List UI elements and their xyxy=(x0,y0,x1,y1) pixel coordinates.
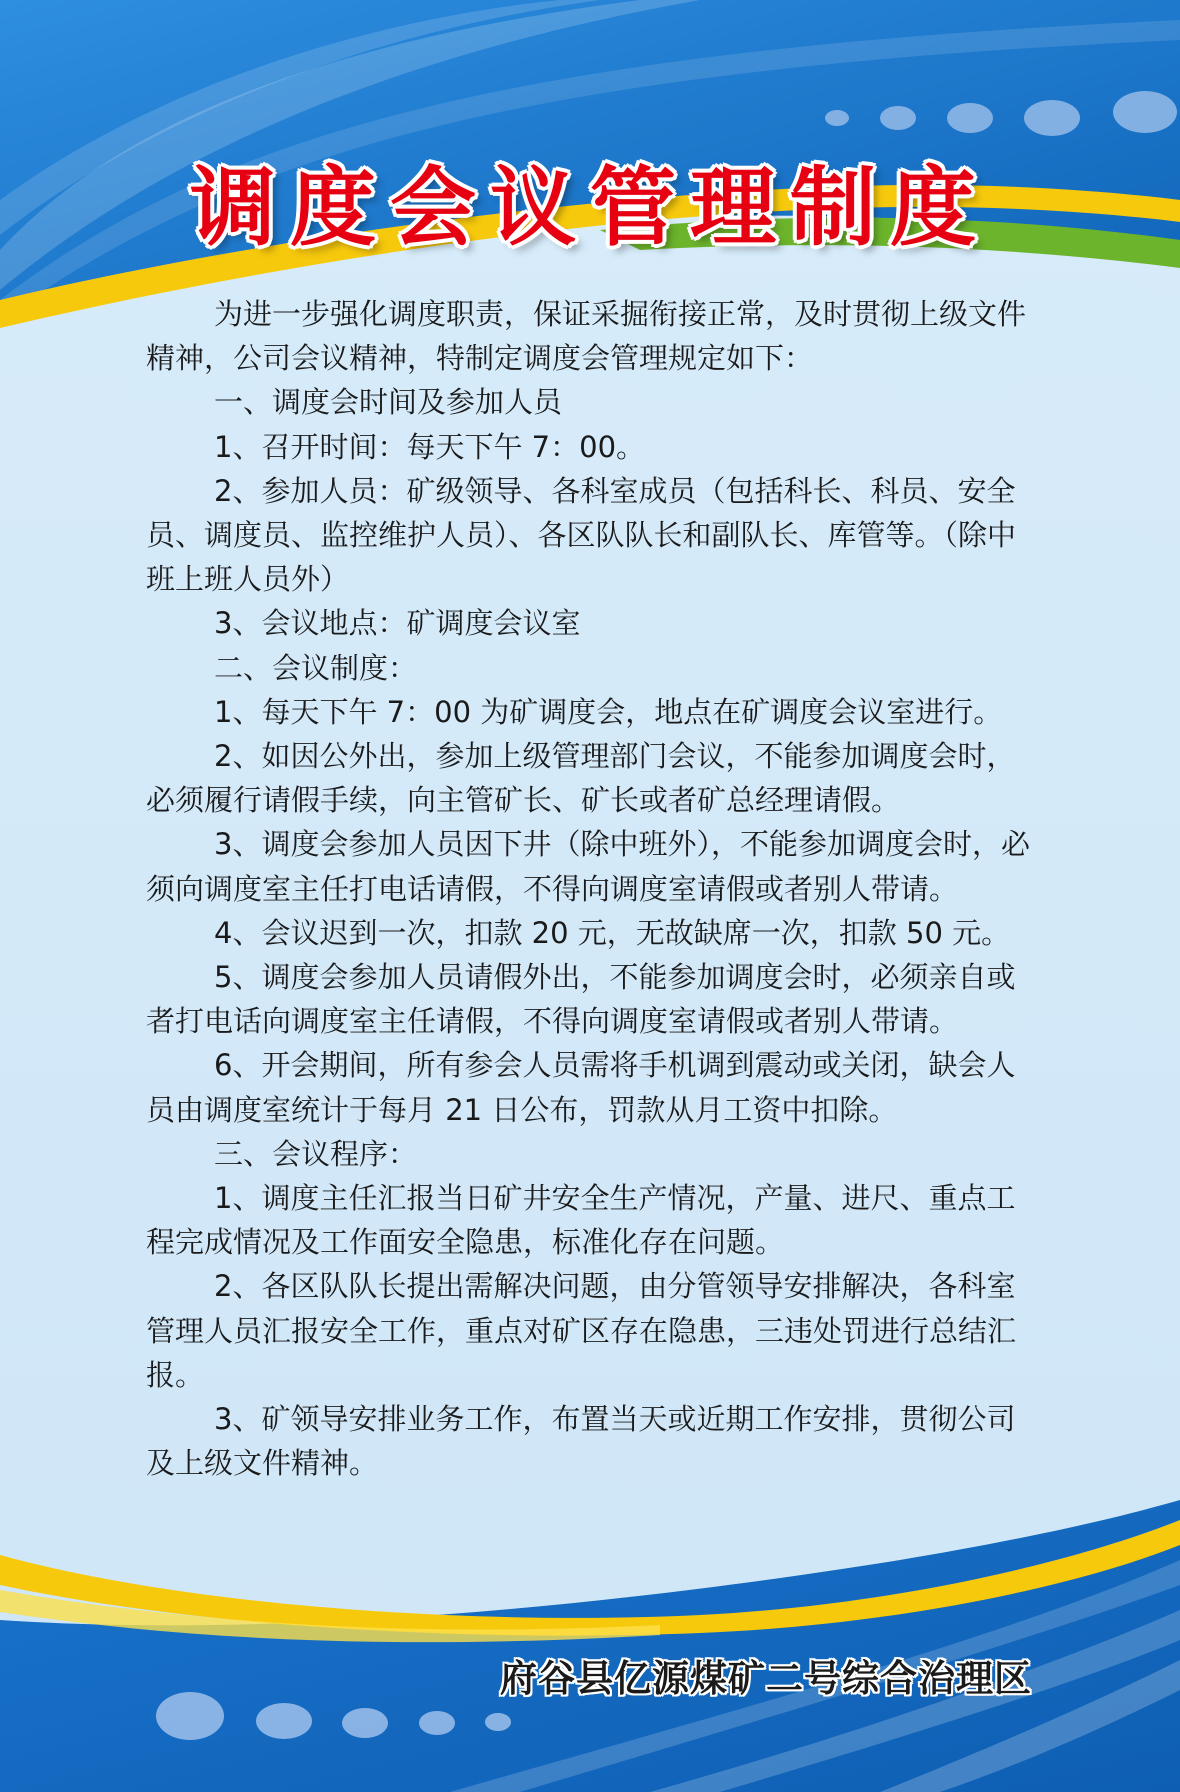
paragraph-2-2: 2、如因公外出，参加上级管理部门会议，不能参加调度会时，必须履行请假手续，向主管… xyxy=(146,734,1036,822)
paragraph-3-3: 3、矿领导安排业务工作，布置当天或近期工作安排，贯彻公司及上级文件精神。 xyxy=(146,1397,1036,1485)
organization-name: 府谷县亿源煤矿二号综合治理区 xyxy=(500,1648,1080,1702)
paragraph-2-3: 3、调度会参加人员因下井（除中班外），不能参加调度会时，必须向调度室主任打电话请… xyxy=(146,822,1036,910)
paragraph-2-4: 4、会议迟到一次，扣款 20 元，无故缺席一次，扣款 50 元。 xyxy=(146,911,1036,955)
paragraph-3-1: 1、调度主任汇报当日矿井安全生产情况，产量、进尺、重点工程完成情况及工作面安全隐… xyxy=(146,1176,1036,1264)
paragraph-2-6: 6、开会期间，所有参会人员需将手机调到震动或关闭，缺会人员由调度室统计于每月 2… xyxy=(146,1043,1036,1131)
section-heading-2: 二、会议制度： xyxy=(146,646,1036,690)
paragraph-intro: 为进一步强化调度职责，保证采掘衔接正常，及时贯彻上级文件精神，公司会议精神，特制… xyxy=(146,292,1036,380)
poster-title: 调度会议管理制度 xyxy=(0,138,1180,262)
paragraph-2-5: 5、调度会参加人员请假外出，不能参加调度会时，必须亲自或者打电话向调度室主任请假… xyxy=(146,955,1036,1043)
paragraph-1-3: 3、会议地点：矿调度会议室 xyxy=(146,601,1036,645)
paragraph-2-1: 1、每天下午 7：00 为矿调度会，地点在矿调度会议室进行。 xyxy=(146,690,1036,734)
regulation-body: 为进一步强化调度职责，保证采掘衔接正常，及时贯彻上级文件精神，公司会议精神，特制… xyxy=(146,292,1036,1485)
paragraph-1-2: 2、参加人员：矿级领导、各科室成员（包括科长、科员、安全员、调度员、监控维护人员… xyxy=(146,469,1036,602)
paragraph-1-1: 1、召开时间：每天下午 7：00。 xyxy=(146,425,1036,469)
paragraph-3-2: 2、各区队队长提出需解决问题，由分管领导安排解决，各科室管理人员汇报安全工作，重… xyxy=(146,1264,1036,1397)
section-heading-1: 一、调度会时间及参加人员 xyxy=(146,380,1036,424)
section-heading-3: 三、会议程序： xyxy=(146,1132,1036,1176)
